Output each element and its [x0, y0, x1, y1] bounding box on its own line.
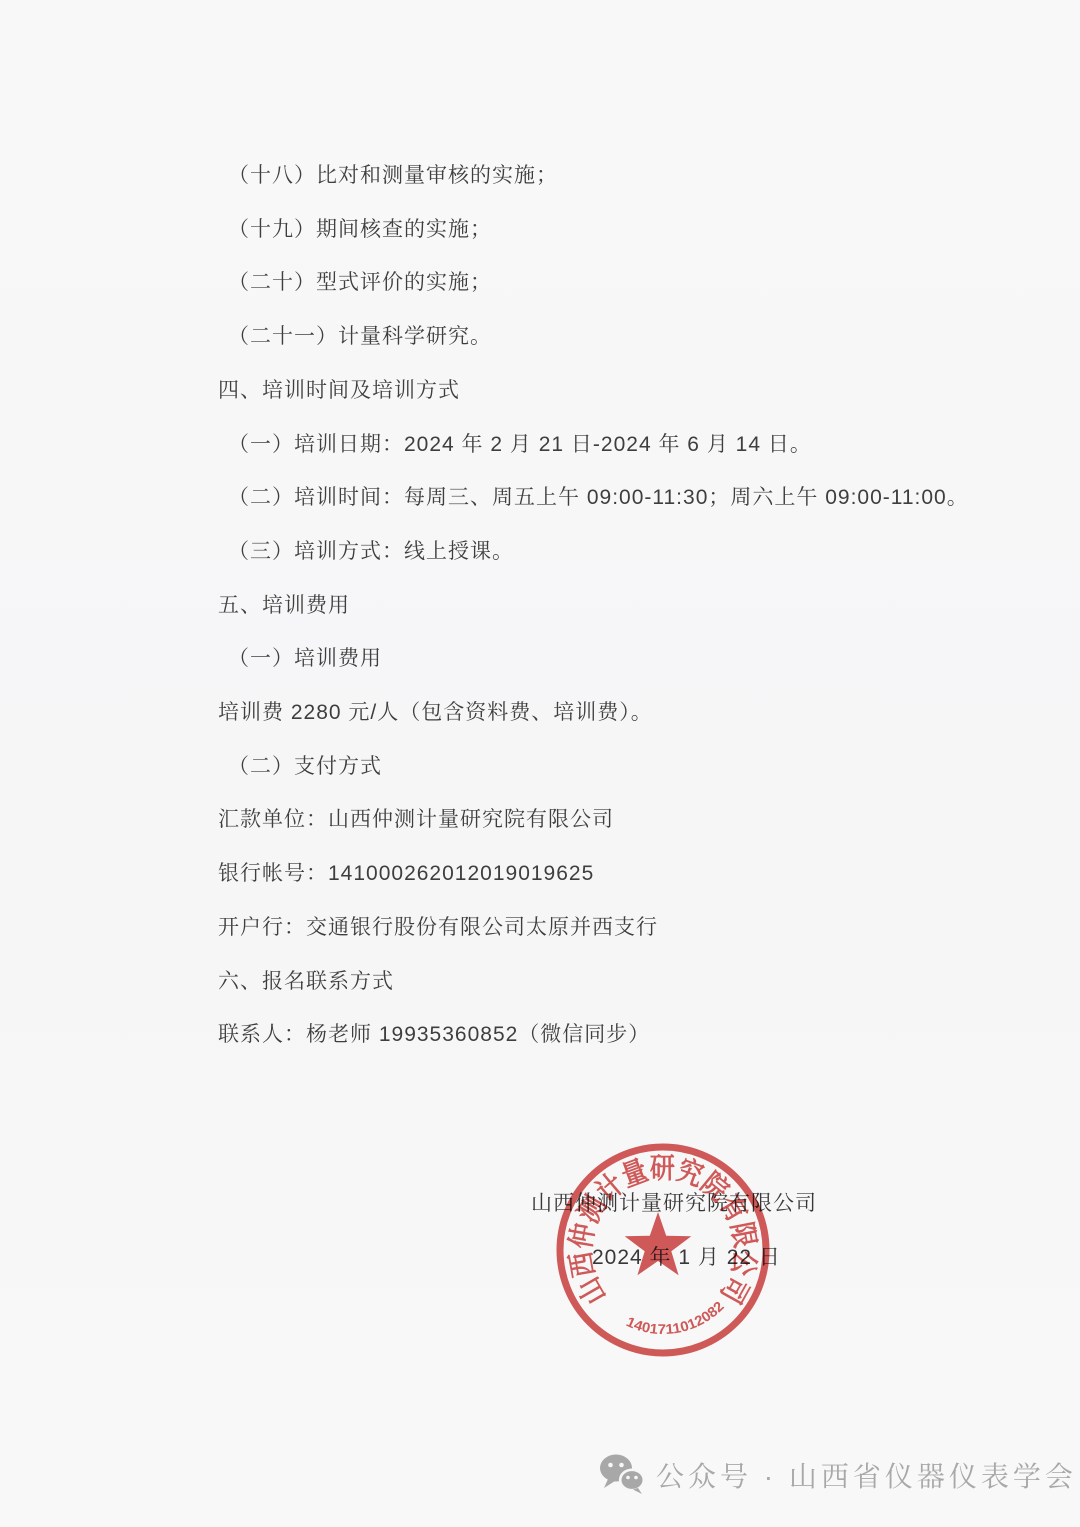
doc-line-item-21: （二十一）计量科学研究。 [228, 323, 492, 351]
doc-line-training-mode: （三）培训方式：线上授课。 [228, 538, 514, 566]
doc-line-item-18: （十八）比对和测量审核的实施； [228, 162, 558, 190]
company-seal: 山西仲测计量研究院有限公司 1401711012082 [543, 1130, 783, 1370]
doc-line-fee-heading: （一）培训费用 [228, 645, 382, 673]
doc-line-fee-amount: 培训费 2280 元/人（包含资料费、培训费）。 [218, 699, 653, 727]
doc-line-payee: 汇款单位：山西仲测计量研究院有限公司 [218, 806, 614, 834]
scanned-document-page: （十八）比对和测量审核的实施； （十九）期间核查的实施； （二十）型式评价的实施… [0, 0, 1080, 1527]
section-heading-6: 六、报名联系方式 [218, 968, 394, 996]
seal-star [625, 1212, 692, 1275]
doc-line-item-19: （十九）期间核查的实施； [228, 216, 492, 244]
doc-line-payment-method: （二）支付方式 [228, 753, 382, 781]
doc-line-training-date: （一）培训日期：2024 年 2 月 21 日-2024 年 6 月 14 日。 [228, 431, 812, 459]
watermark-text: 公众号 · 山西省仪器仪表学会 [656, 1455, 1077, 1495]
section-heading-5: 五、培训费用 [218, 592, 350, 620]
doc-line-bank-account: 银行帐号：141000262012019019625 [218, 860, 594, 888]
doc-line-item-20: （二十）型式评价的实施； [228, 269, 492, 297]
wechat-watermark: 公众号 · 山西省仪器仪表学会 [599, 1454, 1077, 1496]
section-heading-4: 四、培训时间及培训方式 [218, 377, 460, 405]
doc-line-contact: 联系人：杨老师 19935360852（微信同步） [218, 1021, 650, 1049]
doc-line-bank-branch: 开户行：交通银行股份有限公司太原并西支行 [218, 914, 658, 942]
wechat-icon [599, 1454, 645, 1496]
doc-line-training-time: （二）培训时间：每周三、周五上午 09:00-11:30；周六上午 09:00-… [228, 484, 969, 512]
seal-code: 1401711012082 [624, 1298, 727, 1337]
